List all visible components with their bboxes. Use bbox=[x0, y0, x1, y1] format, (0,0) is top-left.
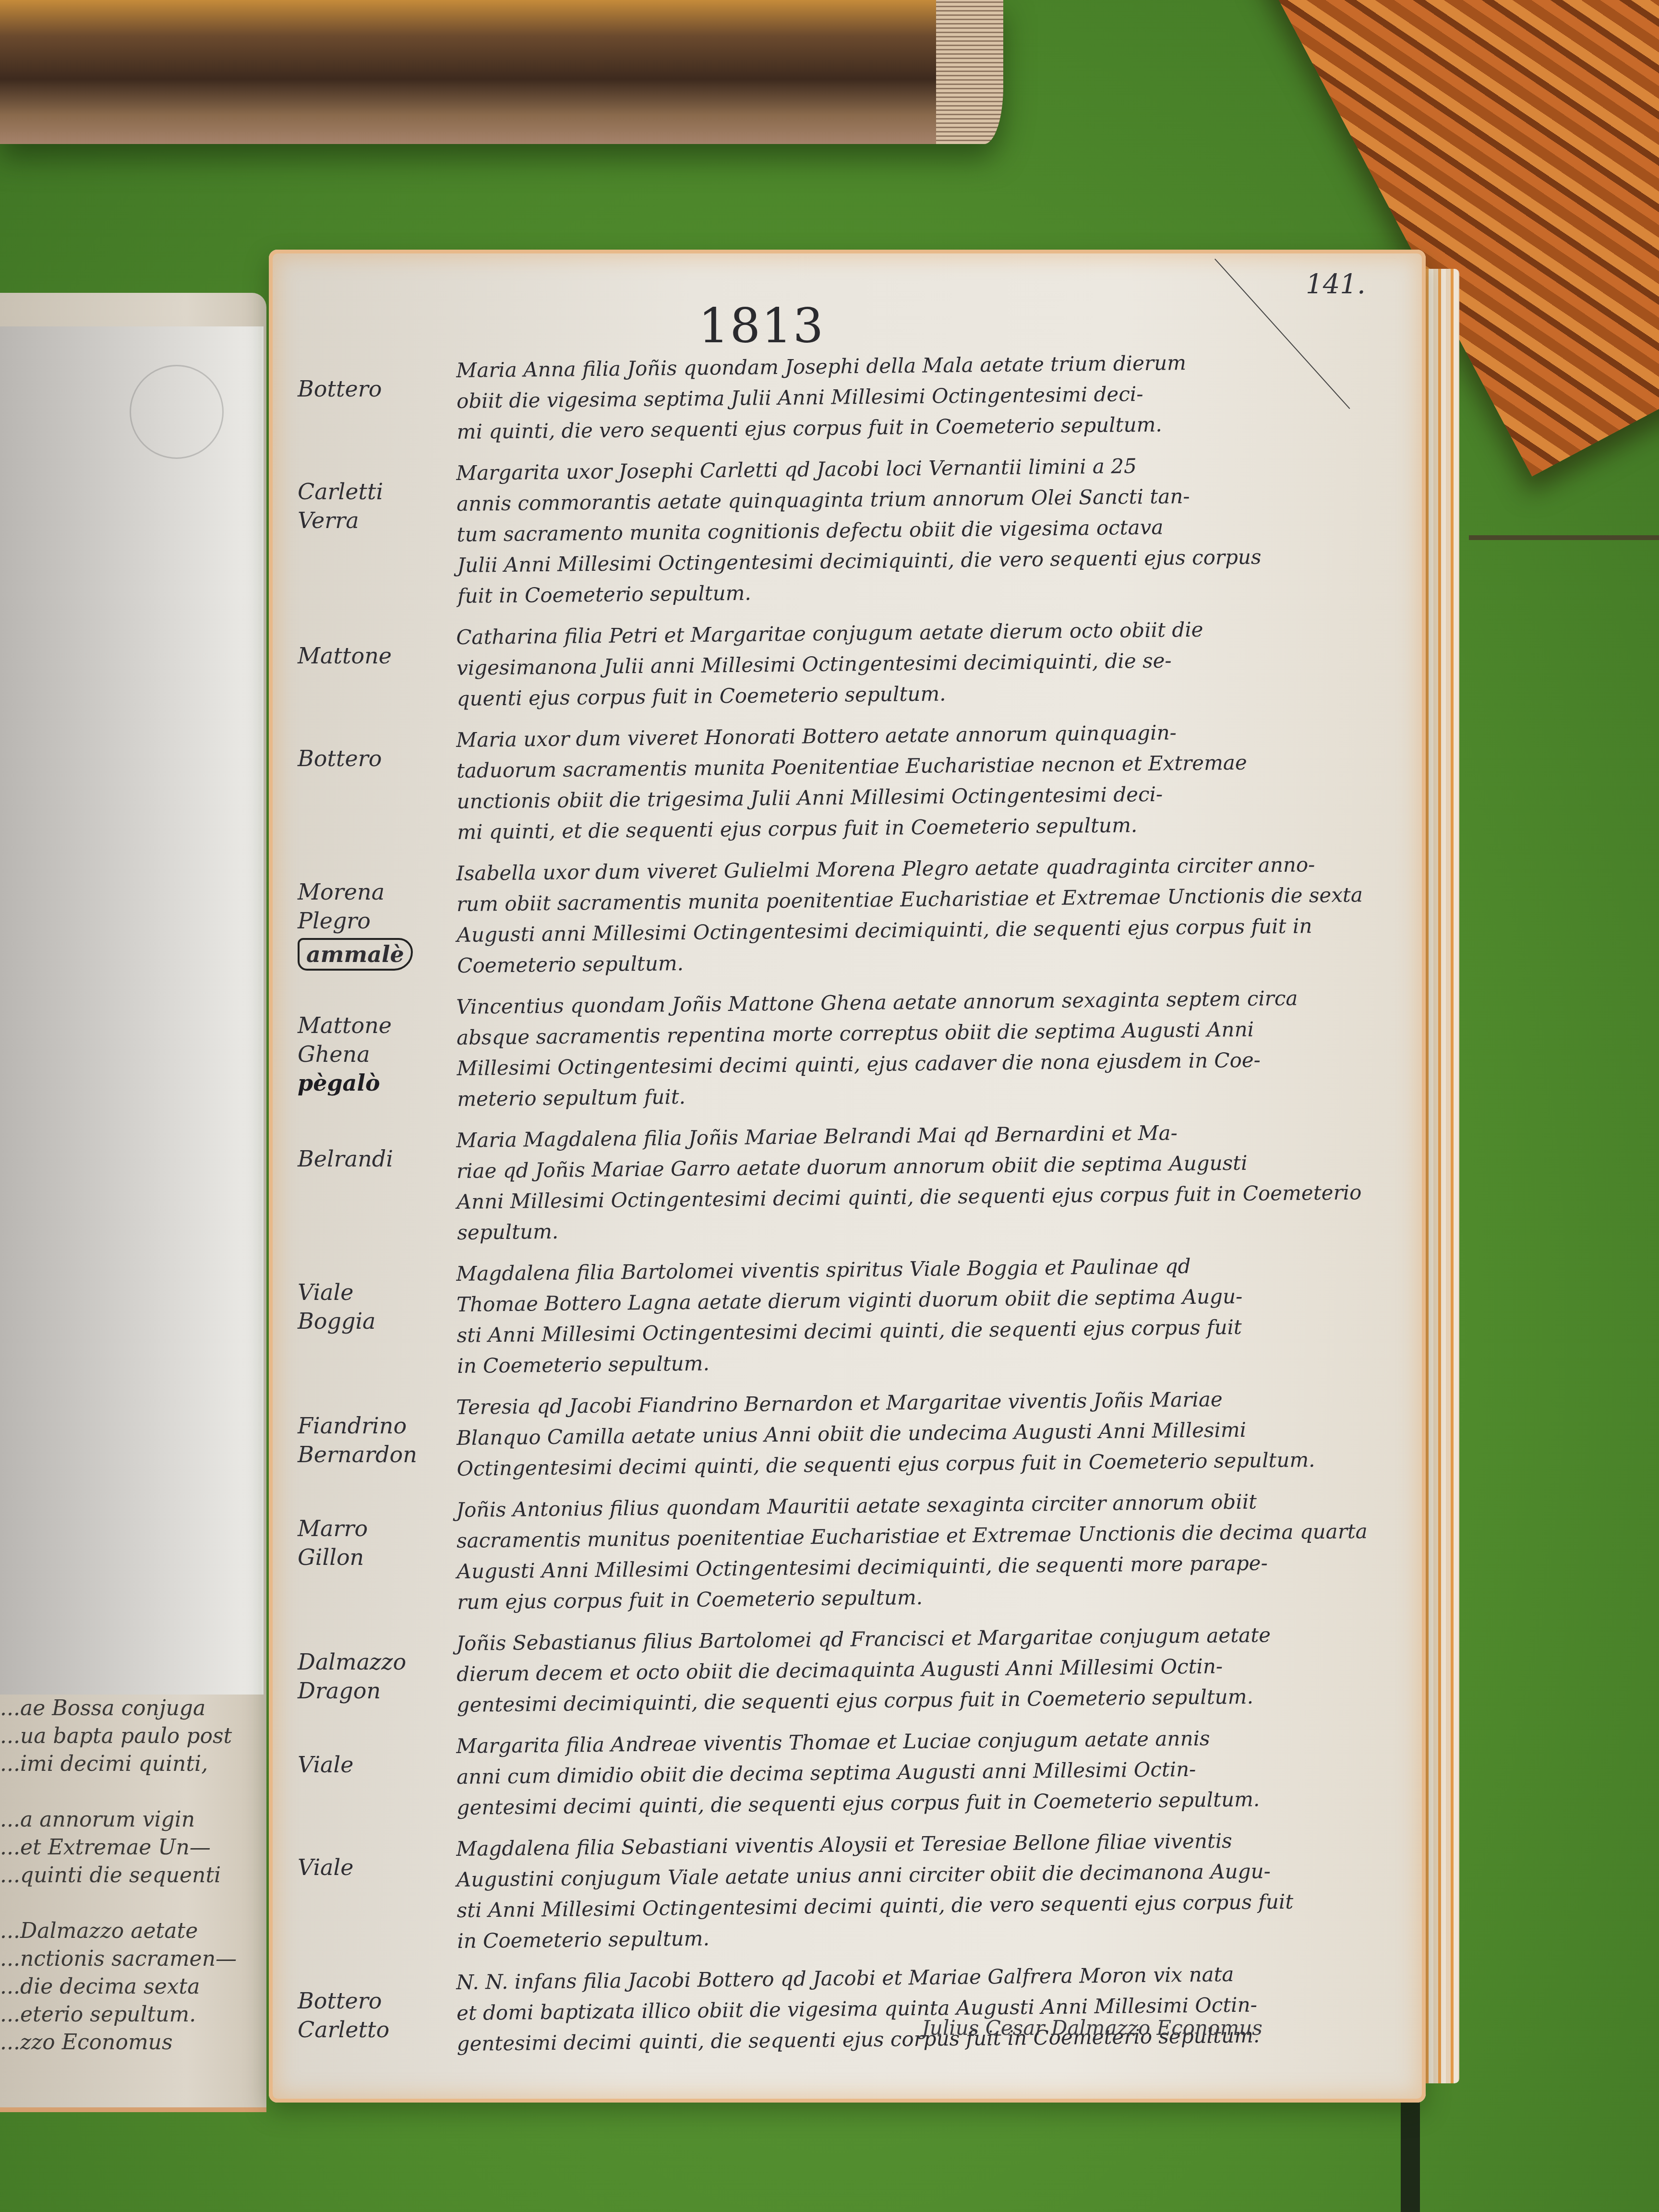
register-entry: BotteroMaria uxor dum viveret Honorati B… bbox=[298, 725, 1402, 848]
surname-line: Fiandrino bbox=[298, 1411, 456, 1440]
surname-line: Bottero bbox=[298, 1986, 456, 2015]
register-entry: BelrandiMaria Magdalena filia Joñis Mari… bbox=[298, 1125, 1402, 1248]
fragment-line: ...ae Bossa conjuga bbox=[0, 1695, 250, 1722]
register-entries: BotteroMaria Anna filia Joñis quondam Jo… bbox=[298, 355, 1402, 2070]
register-entry: MattoneCatharina filia Petri et Margarit… bbox=[298, 622, 1402, 714]
entry-body: Margarita uxor Josephi Carletti qd Jacob… bbox=[456, 448, 1403, 612]
entry-body: Joñis Antonius filius quondam Mauritii a… bbox=[456, 1485, 1403, 1618]
register-entry: DalmazzoDragonJoñis Sebastianus filius B… bbox=[298, 1628, 1402, 1720]
surname-line: Carletto bbox=[298, 2015, 456, 2044]
register-entry: CarlettiVerraMargarita uxor Josephi Carl… bbox=[298, 458, 1402, 612]
surname-line: Gillon bbox=[298, 1543, 456, 1572]
surname-line: Marro bbox=[298, 1514, 456, 1543]
register-entry: BotteroMaria Anna filia Joñis quondam Jo… bbox=[298, 355, 1402, 447]
surname-line: Dragon bbox=[298, 1676, 456, 1705]
fragment-line: ...et Extremae Un— bbox=[0, 1834, 250, 1862]
surname-line: Morena bbox=[298, 878, 456, 906]
margin-annotation: pègalò bbox=[298, 1069, 456, 1097]
entry-body: Joñis Sebastianus filius Bartolomei qd F… bbox=[456, 1618, 1403, 1720]
surname-line: Belrandi bbox=[298, 1144, 456, 1173]
closed-book-top bbox=[0, 0, 1003, 144]
margin-surname: DalmazzoDragon bbox=[298, 1628, 456, 1705]
fragment-line: ...Dalmazzo aetate bbox=[0, 1917, 250, 1945]
page-stack-edge bbox=[1421, 269, 1459, 2083]
surname-line: Boggia bbox=[298, 1307, 456, 1335]
fragment-line: ...ua bapta paulo post bbox=[0, 1722, 250, 1750]
register-entry: VialeMagdalena filia Sebastiani viventis… bbox=[298, 1834, 1402, 1957]
register-entry: BotteroCarlettoN. N. infans filia Jacobi… bbox=[298, 1967, 1402, 2059]
register-entry: VialeMargarita filia Andreae viventis Th… bbox=[298, 1731, 1402, 1823]
entry-body: Margarita filia Andreae viventis Thomae … bbox=[456, 1721, 1403, 1823]
fragment-line bbox=[0, 1778, 250, 1806]
margin-surname: Mattone bbox=[298, 622, 456, 670]
fragment-line: ...die decima sexta bbox=[0, 1973, 250, 2001]
surname-line: Dalmazzo bbox=[298, 1647, 456, 1676]
margin-surname: Viale bbox=[298, 1834, 456, 1882]
surname-line: Ghena bbox=[298, 1040, 456, 1069]
margin-surname: MorenaPlegroammalè bbox=[298, 858, 456, 974]
fragment-line: ...a annorum vigin bbox=[0, 1806, 250, 1834]
margin-surname: MarroGillon bbox=[298, 1495, 456, 1572]
entry-body: Isabella uxor dum viveret Gulielmi Moren… bbox=[456, 848, 1403, 981]
surname-line: Mattone bbox=[298, 641, 456, 670]
entry-body: Maria Magdalena filia Joñis Mariae Belra… bbox=[456, 1115, 1403, 1248]
margin-surname: FiandrinoBernardon bbox=[298, 1392, 456, 1469]
margin-surname: CarlettiVerra bbox=[298, 458, 456, 535]
register-entry: MattoneGhenapègalòVincentius quondam Joñ… bbox=[298, 992, 1402, 1115]
surname-line: Viale bbox=[298, 1853, 456, 1882]
register-entry: MorenaPlegroammalèIsabella uxor dum vive… bbox=[298, 858, 1402, 981]
register-entry: VialeBoggiaMagdalena filia Bartolomei vi… bbox=[298, 1259, 1402, 1382]
year-heading: 1813 bbox=[698, 298, 825, 354]
priest-signature: Julius Cesar Dalmazzo Economus bbox=[922, 2016, 1262, 2040]
folio-number: 141. bbox=[1306, 269, 1366, 300]
register-entry: MarroGillonJoñis Antonius filius quondam… bbox=[298, 1495, 1402, 1618]
left-page-text-fragment: ...ae Bossa conjuga...ua bapta paulo pos… bbox=[0, 1695, 250, 2056]
surname-line: Bottero bbox=[298, 744, 456, 773]
register-entry: FiandrinoBernardonTeresia qd Jacobi Fian… bbox=[298, 1392, 1402, 1484]
margin-surname: Belrandi bbox=[298, 1125, 456, 1173]
entry-body: N. N. infans filia Jacobi Bottero qd Jac… bbox=[456, 1957, 1403, 2059]
entry-body: Vincentius quondam Joñis Mattone Ghena a… bbox=[456, 982, 1403, 1115]
surname-line: Carletti bbox=[298, 477, 456, 506]
margin-surname: Bottero bbox=[298, 725, 456, 773]
margin-surname: MattoneGhenapègalò bbox=[298, 992, 456, 1097]
fragment-line: ...eterio sepultum. bbox=[0, 2001, 250, 2029]
surname-line: Bottero bbox=[298, 374, 456, 403]
surname-line: Mattone bbox=[298, 1011, 456, 1040]
surname-line: Viale bbox=[298, 1750, 456, 1779]
entry-body: Maria Anna filia Joñis quondam Josephi d… bbox=[456, 345, 1403, 447]
margin-surname: Bottero bbox=[298, 355, 456, 403]
entry-body: Maria uxor dum viveret Honorati Bottero … bbox=[456, 715, 1403, 848]
fragment-line: ...zzo Economus bbox=[0, 2029, 250, 2056]
entry-body: Teresia qd Jacobi Fiandrino Bernardon et… bbox=[456, 1382, 1403, 1484]
book-page-edges bbox=[936, 0, 1003, 144]
surname-line: Plegro bbox=[298, 906, 456, 935]
margin-surname: VialeBoggia bbox=[298, 1259, 456, 1335]
shelf-edge bbox=[1469, 535, 1659, 540]
fragment-line: ...imi decimi quinti, bbox=[0, 1750, 250, 1778]
surname-line: Viale bbox=[298, 1278, 456, 1307]
fragment-line: ...nctionis sacramen— bbox=[0, 1945, 250, 1973]
surname-line: Verra bbox=[298, 506, 456, 535]
margin-surname: Viale bbox=[298, 1731, 456, 1779]
fragment-line bbox=[0, 1889, 250, 1917]
faint-stamp bbox=[130, 365, 224, 459]
entry-body: Magdalena filia Bartolomei viventis spir… bbox=[456, 1249, 1403, 1382]
surname-line: Bernardon bbox=[298, 1440, 456, 1469]
margin-annotation: ammalè bbox=[298, 938, 413, 971]
entry-body: Magdalena filia Sebastiani viventis Aloy… bbox=[456, 1824, 1403, 1957]
margin-surname: BotteroCarletto bbox=[298, 1967, 456, 2044]
fragment-line: ...quinti die sequenti bbox=[0, 1862, 250, 1889]
left-page-overlay-sheet bbox=[0, 326, 264, 1695]
entry-body: Catharina filia Petri et Margaritae conj… bbox=[456, 612, 1403, 714]
